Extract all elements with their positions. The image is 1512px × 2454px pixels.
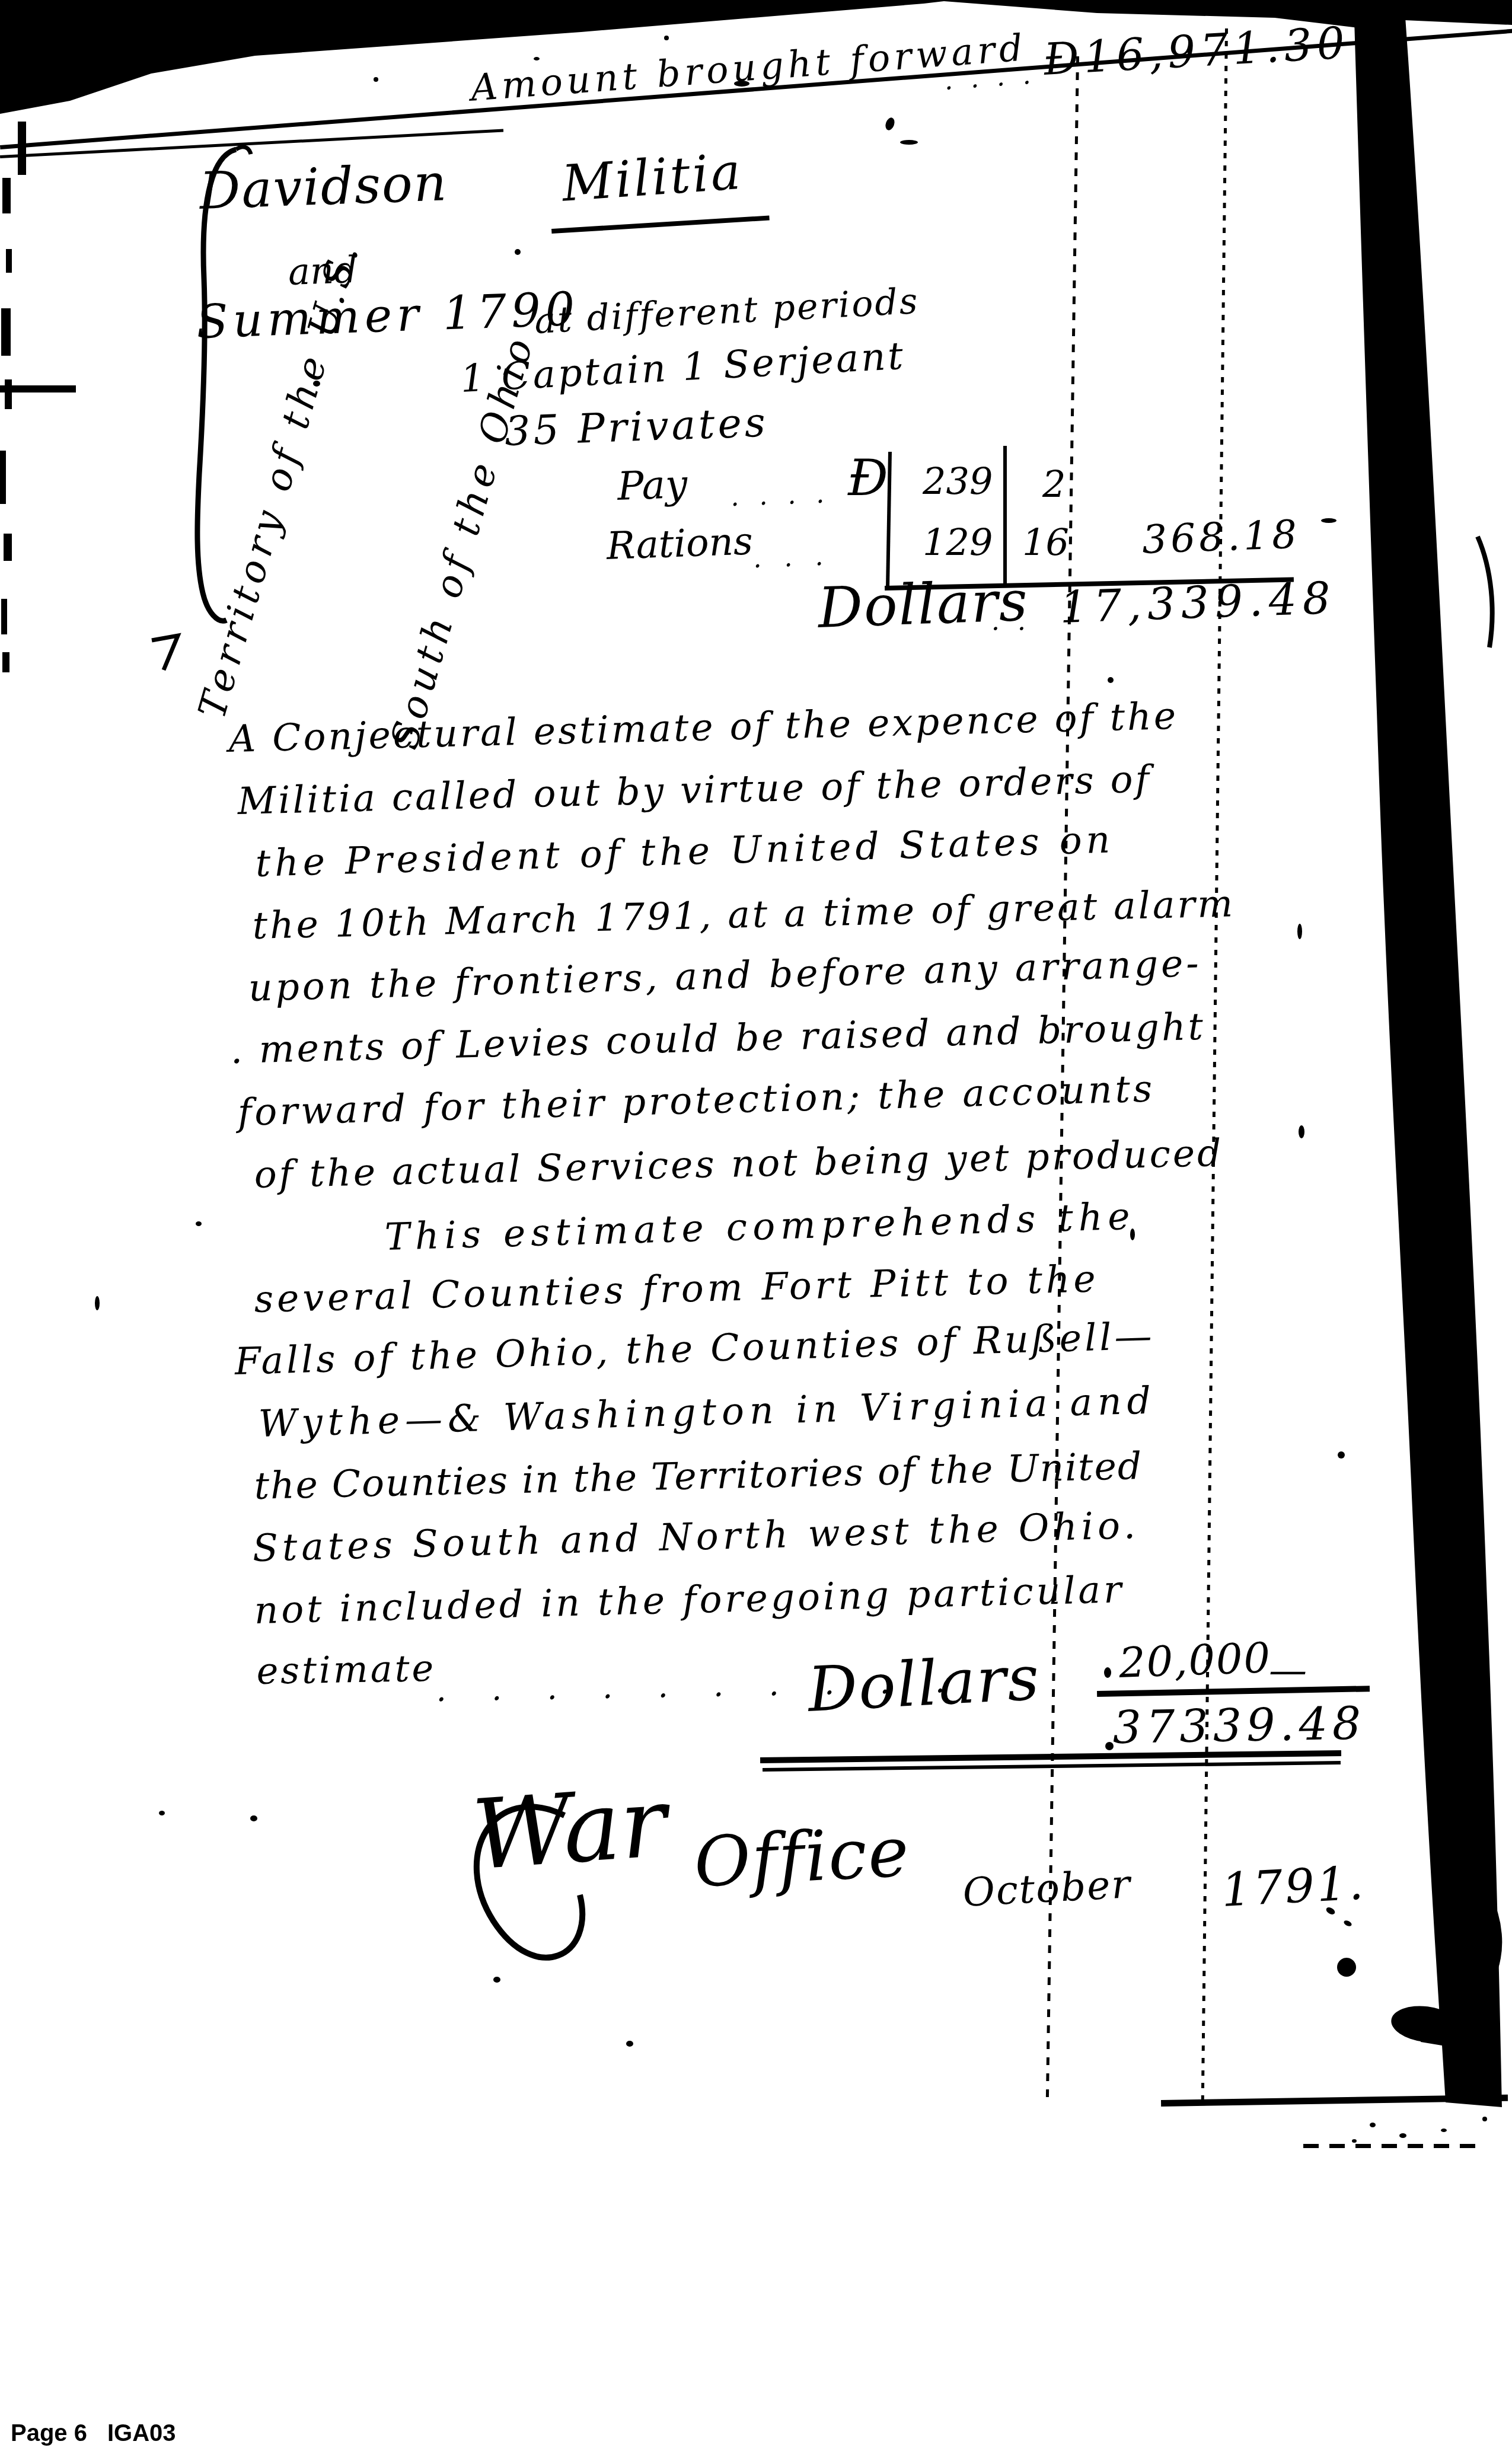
pay-cents: 2 [1042,466,1066,503]
entry-brace-curl [236,147,251,154]
rations-amount: 129 [923,524,993,561]
body-line: not included in the foregoing particular [254,1571,1125,1629]
body-line: the Counties in the Territories of the U… [254,1447,1143,1505]
entry-conjunction: and [288,251,358,291]
ink-blob [1337,1958,1356,1977]
ink-speckle [1352,2139,1357,2143]
bottom-right-rule [1161,2095,1508,2107]
ink-speckle [159,1811,165,1815]
manuscript-page: Amount brought forward · · · · Đ16,971.3… [0,0,1512,2454]
ink-blob [1389,2002,1462,2046]
cents-column-dashed-rule [1201,28,1228,2104]
ink-speckle [313,381,320,387]
body-line: forward for their protection; the accoun… [237,1070,1156,1131]
bottom-dashed-rule [1303,2144,1475,2148]
ink-speckle [1441,2128,1447,2132]
amount-brought-forward-value: Đ16,971.30 [1042,21,1351,82]
body-line: the President of the United States on [255,821,1115,882]
page-edge-curve [1488,1895,1500,1970]
ink-speckle [884,116,897,131]
right-gutter-band [1354,0,1502,2107]
estimate-label: estimate [256,1650,436,1690]
ink-speckle [1370,2123,1376,2127]
militia-underline [551,216,770,234]
body-line: the 10th March 1791, at a time of great … [252,885,1236,944]
ink-speckle [250,1815,257,1821]
currency-mark: Đ [848,453,888,503]
estimate-amount-dash: — [1269,1652,1307,1690]
ink-speckle [1399,2133,1406,2138]
pay-label: Pay [617,465,688,506]
ink-speckle [1108,677,1114,683]
body-line: This estimate comprehends the [384,1198,1135,1256]
ink-speckle [1338,1451,1345,1459]
body-line: of the actual Services not being yet pro… [254,1134,1224,1194]
ink-speckle [1321,518,1336,523]
signature-year: 1791. [1220,1860,1367,1914]
ink-speckle [900,140,918,145]
body-line: Falls of the Ohio, the Counties of Rußel… [234,1317,1155,1380]
ink-speckle [1297,924,1302,939]
ink-speckle [734,81,749,87]
estimate-amount-underline [1097,1686,1370,1697]
footer-page-label: Page 6 [11,2420,87,2446]
rations-cents: 16 [1022,524,1069,561]
ink-speckle [374,77,378,82]
body-line: Wythe—& Washington in Virginia and [258,1381,1157,1443]
rations-label: Rations [606,522,754,566]
ink-speckle [95,1296,100,1310]
subtotal-leader-dots: · · [991,617,1031,643]
entry-period-note: at different periods [534,283,920,339]
rations-leader-dots: · · · [753,551,831,580]
estimate-amount: 20,000 [1118,1637,1272,1684]
grand-total-label: Dollars [806,1647,1042,1721]
ink-speckle [534,57,540,60]
entry-heading: Militia [560,146,744,209]
rations-line-total: 368.18 [1141,515,1301,560]
ink-speckle [626,2041,633,2047]
entry-name: Davidson [199,157,448,217]
left-edge-speckles [0,122,76,672]
signature-month: October [962,1865,1132,1913]
grand-total-value: 37339.48 [1112,1701,1366,1750]
ink-speckle [1482,2117,1487,2121]
body-line: . ments of Levies could be raised and br… [230,1008,1206,1069]
entry-season: Summer 1790 [196,286,580,346]
ink-speckle [1130,1228,1135,1240]
page-edge-curve [1478,537,1492,647]
page-footer: Page 6IGA03 [11,2420,176,2447]
ink-speckle [1105,1742,1114,1750]
ink-speckle [664,36,669,40]
body-line: several Counties from Fort Pitt to the [254,1260,1099,1318]
body-line: upon the frontiers, and before any arran… [248,944,1202,1007]
footer-code: IGA03 [107,2420,176,2446]
ink-speckle [493,1977,500,1983]
cents-column-line [1003,446,1007,587]
ink-speckle [196,1221,202,1226]
header-leader-dots: · · · · [944,69,1037,102]
subtotal-value: 17,339.48 [1059,576,1337,630]
body-line: Militia called out by virtue of the orde… [237,760,1152,820]
ink-speckle [1299,1125,1304,1138]
signature-office: Office [693,1818,911,1898]
pay-leader-dots: · · · · [731,489,831,518]
ink-speckle [515,249,521,255]
ink-speckle [1104,1667,1111,1678]
pay-amount: 239 [923,463,993,500]
ink-speckle [1343,1919,1352,1927]
body-line: States South and North west the Ohio. [252,1507,1140,1567]
signature-war: War [470,1775,669,1884]
entry-composition-2: 35 Privates [504,403,769,452]
amount-brought-forward-label: Amount brought forward [470,29,1028,107]
